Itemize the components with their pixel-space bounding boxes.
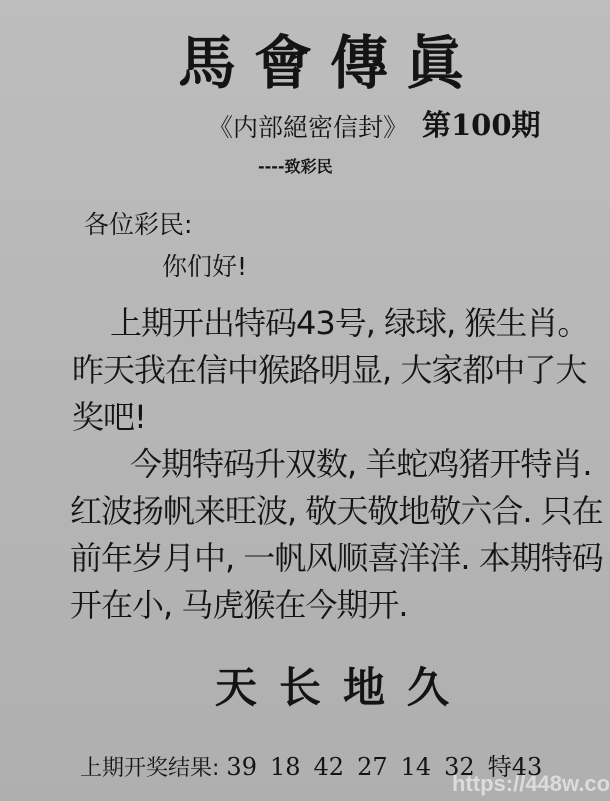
result-number: 14 <box>401 752 432 782</box>
body-line: 开在小, 马虎猴在今期开. <box>70 584 408 626</box>
result-number: 18 <box>270 752 301 782</box>
watermark: https://448w.com <box>452 770 610 798</box>
body-line: 昨天我在信中猴路明显, 大家都中了大 <box>72 349 586 391</box>
motto: 天长地久 <box>215 662 471 714</box>
result-number: 39 <box>226 752 257 782</box>
document-title: 馬會傳眞 <box>178 28 482 98</box>
byline: ----致彩民 <box>258 156 333 178</box>
salutation: 各位彩民: <box>84 208 192 242</box>
result-number: 27 <box>357 752 388 782</box>
greeting: 你们好! <box>162 250 247 284</box>
body-line: 红波扬帆来旺波, 敬天敬地敬六合. 只在 <box>70 490 603 532</box>
body-line: 奖吧! <box>72 396 146 438</box>
document-subtitle: 《内部絕密信封》 <box>208 110 408 146</box>
body-line: 上期开出特码43号, 绿球, 猴生肖。 <box>110 302 588 344</box>
issue-number: 第100期 <box>422 106 541 144</box>
results-label: 上期开奖结果: <box>80 756 219 781</box>
body-line: 今期特码升双数, 羊蛇鸡猪开特肖. <box>130 443 592 485</box>
body-line: 前年岁月中, 一帆风顺喜洋洋. 本期特码 <box>70 537 603 579</box>
result-number: 42 <box>314 752 345 782</box>
paper-background: 馬會傳眞 《内部絕密信封》 第100期 ----致彩民 各位彩民: 你们好! 上… <box>0 0 610 801</box>
